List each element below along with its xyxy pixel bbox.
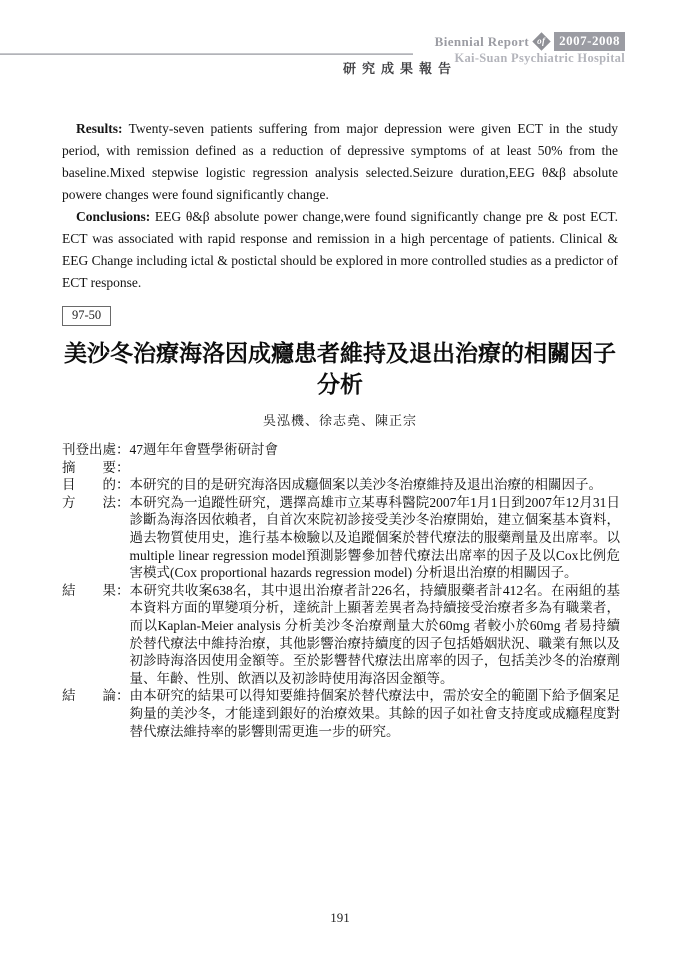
abstract-section-row: 結 論： 由本研究的結果可以得知要維持個案於替代療法中，需於安全的範圍下給予個案… (62, 687, 620, 740)
results-label: Results: (76, 121, 123, 136)
conclusions-paragraph: Conclusions: EEG θ&β absolute power chan… (62, 206, 618, 294)
conclusions-label: Conclusions: (76, 209, 150, 224)
section-text: 由本研究的結果可以得知要維持個案於替代療法中，需於安全的範圍下給予個案足夠量的美… (130, 687, 621, 740)
report-title-zh: 研究成果報告 (343, 58, 457, 77)
section-label: 摘 要： (62, 459, 130, 477)
section-label: 結 果： (62, 582, 130, 688)
section-text (130, 459, 621, 477)
article-code-box: 97-50 (62, 306, 111, 326)
section-text: 本研究為一追蹤性研究，選擇高雄市立某專科醫院2007年1月1日到2007年12月… (130, 494, 621, 582)
of-label: of (538, 37, 546, 46)
section-label: 刊登出處： (62, 441, 130, 459)
section-text: 本研究共收案638名，其中退出治療者計226名，持續服藥者計412名。在兩組的基… (130, 582, 621, 688)
report-title-en: Biennial Report (435, 34, 529, 50)
abstract-section-row: 結 果： 本研究共收案638名，其中退出治療者計226名，持續服藥者計412名。… (62, 582, 620, 688)
article-title-line1: 美沙冬治療海洛因成癮患者維持及退出治療的相關因子 (64, 340, 616, 366)
hospital-name: Kai-Suan Psychiatric Hospital (454, 51, 625, 66)
section-text: 47週年年會暨學術研討會 (130, 441, 621, 459)
article-title: 美沙冬治療海洛因成癮患者維持及退出治療的相關因子分析 (40, 338, 640, 400)
header-report-line: Biennial Report of 2007-2008 (435, 32, 625, 51)
english-abstract: Results: Twenty-seven patients suffering… (62, 118, 618, 294)
abstract-section-row: 摘 要： (62, 459, 620, 477)
of-diamond-badge: of (532, 32, 550, 50)
results-paragraph: Results: Twenty-seven patients suffering… (62, 118, 618, 206)
article-code: 97-50 (72, 308, 101, 322)
abstract-section-row: 刊登出處： 47週年年會暨學術研討會 (62, 441, 620, 459)
section-label: 結 論： (62, 687, 130, 740)
report-page: Biennial Report of 2007-2008 Kai-Suan Ps… (0, 0, 680, 954)
section-label: 目 的： (62, 476, 130, 494)
article-authors: 吳泓機、徐志堯、陳正宗 (0, 410, 680, 429)
section-label: 方 法： (62, 494, 130, 582)
section-text: 本研究的目的是研究海洛因成癮個案以美沙冬治療維持及退出治療的相關因子。 (130, 476, 621, 494)
abstract-section-row: 方 法： 本研究為一追蹤性研究，選擇高雄市立某專科醫院2007年1月1日到200… (62, 494, 620, 582)
years-badge: 2007-2008 (554, 32, 625, 51)
header-rule (0, 53, 413, 55)
results-text: Twenty-seven patients suffering from maj… (62, 121, 618, 202)
abstract-section-row: 目 的： 本研究的目的是研究海洛因成癮個案以美沙冬治療維持及退出治療的相關因子。 (62, 476, 620, 494)
abstract-sections: 刊登出處： 47週年年會暨學術研討會 摘 要： 目 的： 本研究的目的是研究海洛… (62, 441, 620, 740)
article-title-line2: 分析 (317, 371, 363, 397)
page-footer: 191 (0, 910, 680, 926)
page-number: 191 (330, 910, 350, 925)
